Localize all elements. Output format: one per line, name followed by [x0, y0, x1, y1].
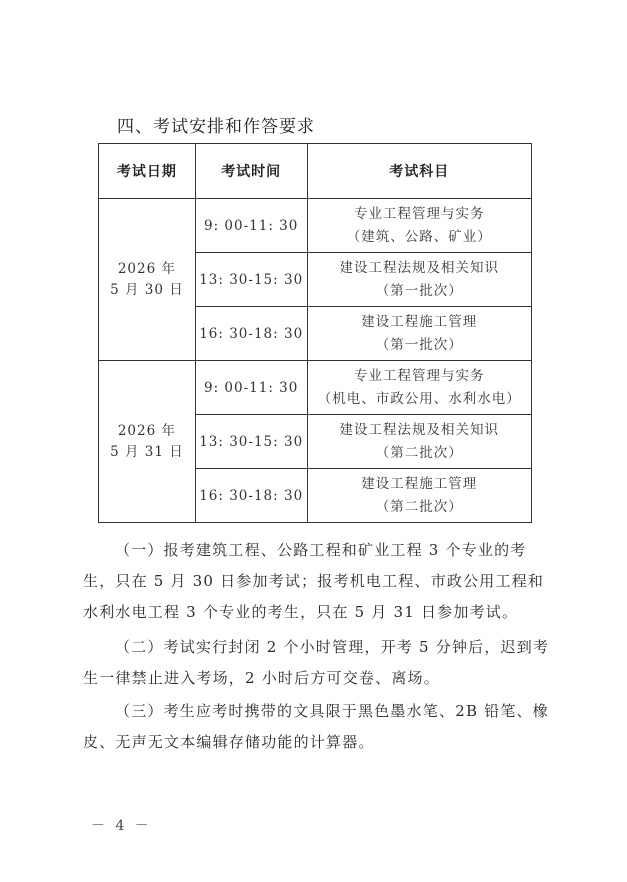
exam-time-cell: 9: 00-11: 30 — [195, 199, 307, 253]
subject-name: 专业工程管理与实务 — [308, 365, 531, 388]
table-header-row: 考试日期 考试时间 考试科目 — [99, 144, 532, 199]
exam-subject-cell: 建设工程法规及相关知识 （第一批次） — [307, 253, 531, 307]
date-year: 2026 年 — [99, 421, 195, 442]
exam-time-cell: 16: 30-18: 30 — [195, 469, 307, 523]
exam-schedule-table: 考试日期 考试时间 考试科目 2026 年 5 月 30 日 9: 00-11:… — [98, 143, 532, 523]
subject-name: 建设工程法规及相关知识 — [308, 257, 531, 280]
date-year: 2026 年 — [99, 259, 195, 280]
exam-subject-cell: 建设工程施工管理 （第一批次） — [307, 307, 531, 361]
paragraph-1: （一）报考建筑工程、公路工程和矿业工程 3 个专业的考生，只在 5 月 30 日… — [83, 535, 553, 628]
table-row: 2026 年 5 月 30 日 9: 00-11: 30 专业工程管理与实务 （… — [99, 199, 532, 253]
exam-time-cell: 13: 30-15: 30 — [195, 415, 307, 469]
paragraph-text: （三）考生应考时携带的文具限于黑色墨水笔、2B 铅笔、橡皮、无声无文本编辑存储功… — [83, 702, 549, 751]
subject-note: （第二批次） — [308, 496, 531, 519]
paragraph-text: （二）考试实行封闭 2 个小时管理，开考 5 分钟后，迟到考生一律禁止进入考场，… — [83, 638, 549, 687]
date-day: 5 月 31 日 — [99, 442, 195, 463]
exam-subject-cell: 专业工程管理与实务 （机电、市政公用、水利水电） — [307, 361, 531, 415]
subject-note: （机电、市政公用、水利水电） — [308, 388, 531, 411]
paragraph-text: （一）报考建筑工程、公路工程和矿业工程 3 个专业的考生，只在 5 月 30 日… — [83, 541, 544, 621]
exam-date-cell: 2026 年 5 月 31 日 — [99, 361, 196, 523]
exam-time-cell: 16: 30-18: 30 — [195, 307, 307, 361]
exam-time-cell: 13: 30-15: 30 — [195, 253, 307, 307]
subject-note: （第二批次） — [308, 442, 531, 465]
header-exam-date: 考试日期 — [99, 144, 196, 199]
subject-name: 专业工程管理与实务 — [308, 203, 531, 226]
header-exam-subject: 考试科目 — [307, 144, 531, 199]
table-row: 2026 年 5 月 31 日 9: 00-11: 30 专业工程管理与实务 （… — [99, 361, 532, 415]
section-title: 四、考试安排和作答要求 — [117, 112, 315, 137]
exam-subject-cell: 建设工程法规及相关知识 （第二批次） — [307, 415, 531, 469]
subject-note: （第一批次） — [308, 280, 531, 303]
subject-name: 建设工程施工管理 — [308, 473, 531, 496]
exam-subject-cell: 专业工程管理与实务 （建筑、公路、矿业） — [307, 199, 531, 253]
subject-note: （第一批次） — [308, 334, 531, 357]
subject-note: （建筑、公路、矿业） — [308, 226, 531, 249]
page-number: － 4 － — [91, 815, 152, 835]
header-exam-time: 考试时间 — [195, 144, 307, 199]
paragraph-3: （三）考生应考时携带的文具限于黑色墨水笔、2B 铅笔、橡皮、无声无文本编辑存储功… — [83, 696, 553, 758]
subject-name: 建设工程法规及相关知识 — [308, 419, 531, 442]
exam-time-cell: 9: 00-11: 30 — [195, 361, 307, 415]
subject-name: 建设工程施工管理 — [308, 311, 531, 334]
date-day: 5 月 30 日 — [99, 280, 195, 301]
exam-date-cell: 2026 年 5 月 30 日 — [99, 199, 196, 361]
exam-subject-cell: 建设工程施工管理 （第二批次） — [307, 469, 531, 523]
paragraph-2: （二）考试实行封闭 2 个小时管理，开考 5 分钟后，迟到考生一律禁止进入考场，… — [83, 632, 553, 694]
